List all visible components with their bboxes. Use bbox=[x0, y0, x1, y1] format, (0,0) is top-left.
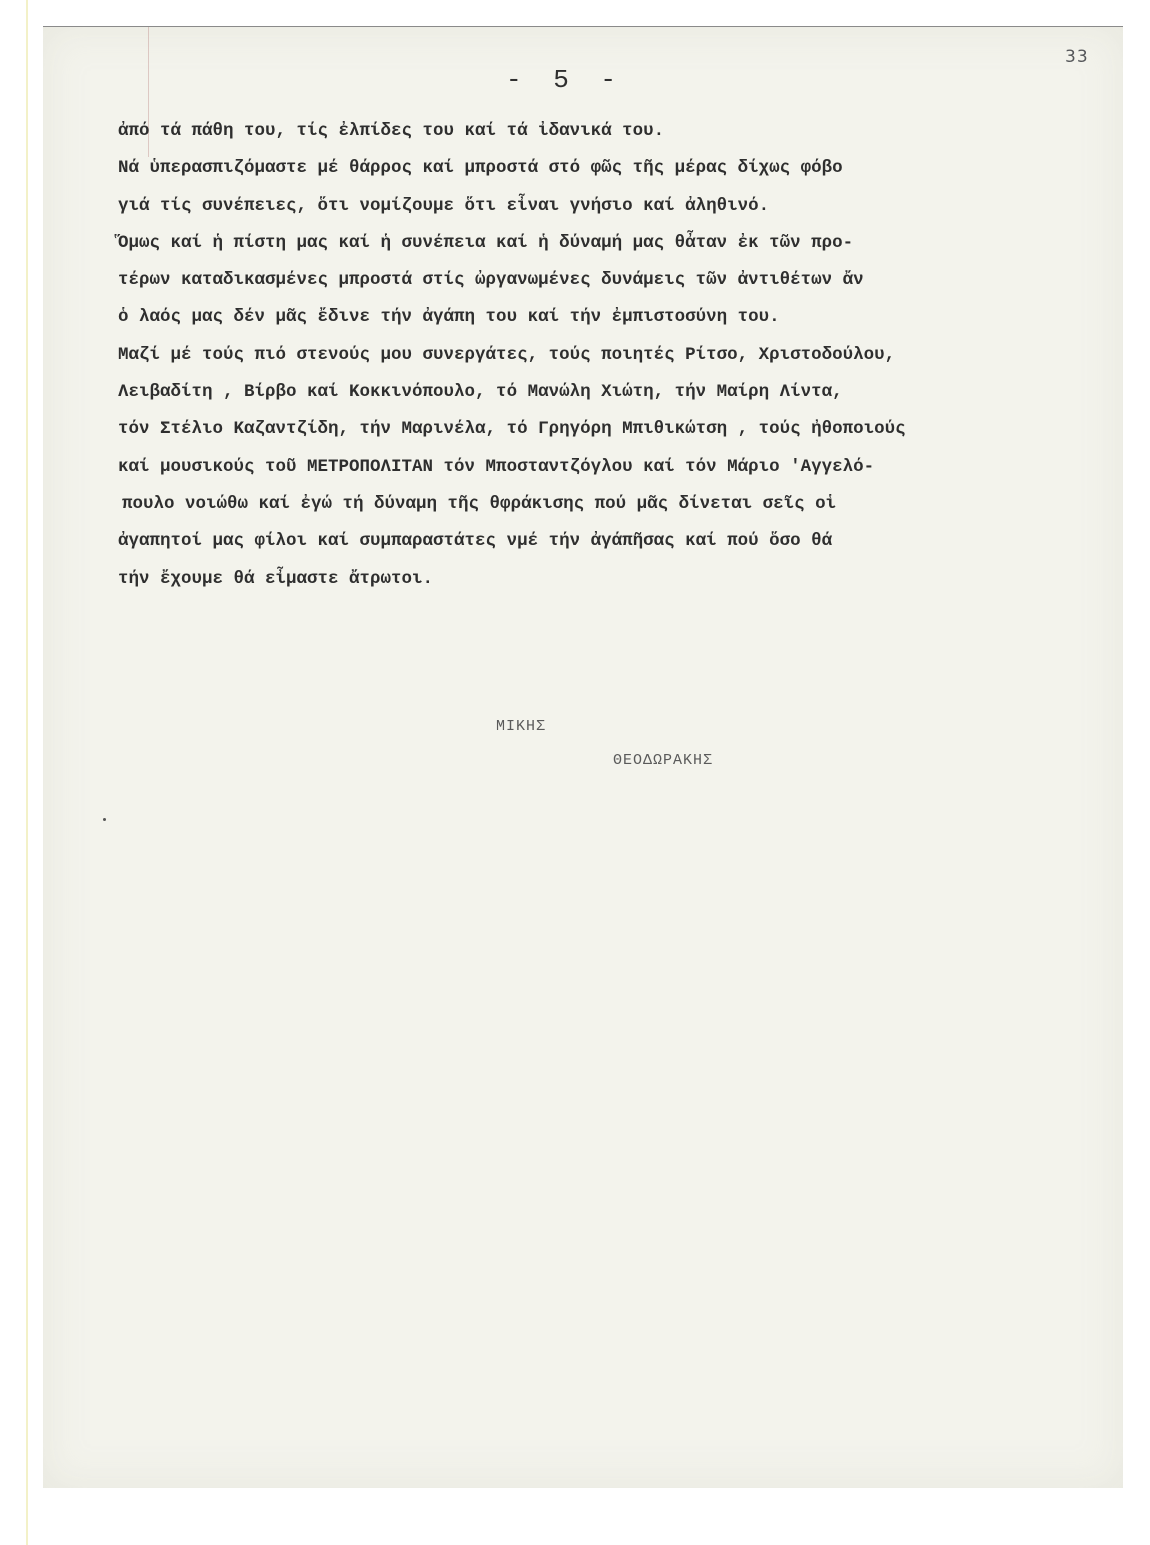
text-line: τήν ἔχουμε θά εἶμαστε ἄτρωτοι. bbox=[118, 561, 1128, 598]
text-line: Νά ὑπερασπιζόμαστε μέ θάρρος καί μπροστά… bbox=[118, 150, 1128, 187]
text-line: ἀγαπητοί μας φίλοι καί συμπαραστάτες νμέ… bbox=[118, 523, 1128, 560]
page-number: - 5 - bbox=[506, 65, 624, 95]
text-line: καί μουσικούς τοῦ ΜΕΤΡΟΠΟΛΙΤΑΝ τόν Μποστ… bbox=[118, 449, 1128, 486]
text-line: γιά τίς συνέπειες, ὅτι νομίζουμε ὅτι εἶν… bbox=[118, 188, 1128, 225]
text-line: ὁ λαός μας δέν μᾶς ἔδινε τήν ἀγάπη του κ… bbox=[118, 299, 1128, 336]
scan-edge bbox=[26, 0, 28, 1545]
text-line: τόν Στέλιο Καζαντζίδη, τήν Μαρινέλα, τό … bbox=[118, 411, 1128, 448]
typewritten-body: ἀπό τά πάθη του, τίς ἐλπίδες του καί τά … bbox=[118, 113, 1128, 598]
text-line: Λειβαδίτη , Βίρβο καί Κοκκινόπουλο, τό Μ… bbox=[118, 374, 1128, 411]
scanned-page: 33 - 5 - ἀπό τά πάθη του, τίς ἐλπίδες το… bbox=[0, 0, 1150, 1545]
folio-number: 33 bbox=[1065, 47, 1089, 67]
text-line: τέρων καταδικασμένες μπροστά στίς ὠργανω… bbox=[118, 262, 1128, 299]
paper-sheet: 33 - 5 - ἀπό τά πάθη του, τίς ἐλπίδες το… bbox=[43, 26, 1123, 1488]
text-line: Μαζί μέ τούς πιό στενούς μου συνεργάτες,… bbox=[118, 337, 1128, 374]
text-line: πουλο νοιώθω καί ἐγώ τή δύναμη τῆς θφράκ… bbox=[118, 486, 1128, 523]
signature-last-name: ΘΕΟΔΩΡΑΚΗΣ bbox=[613, 752, 713, 769]
text-line: ἀπό τά πάθη του, τίς ἐλπίδες του καί τά … bbox=[118, 113, 1128, 150]
text-line: Ὅμως καί ἡ πίστη μας καί ἡ συνέπεια καί … bbox=[118, 225, 1128, 262]
signature-first-name: ΜΙΚΗΣ bbox=[496, 718, 546, 735]
paper-speck bbox=[103, 818, 106, 821]
